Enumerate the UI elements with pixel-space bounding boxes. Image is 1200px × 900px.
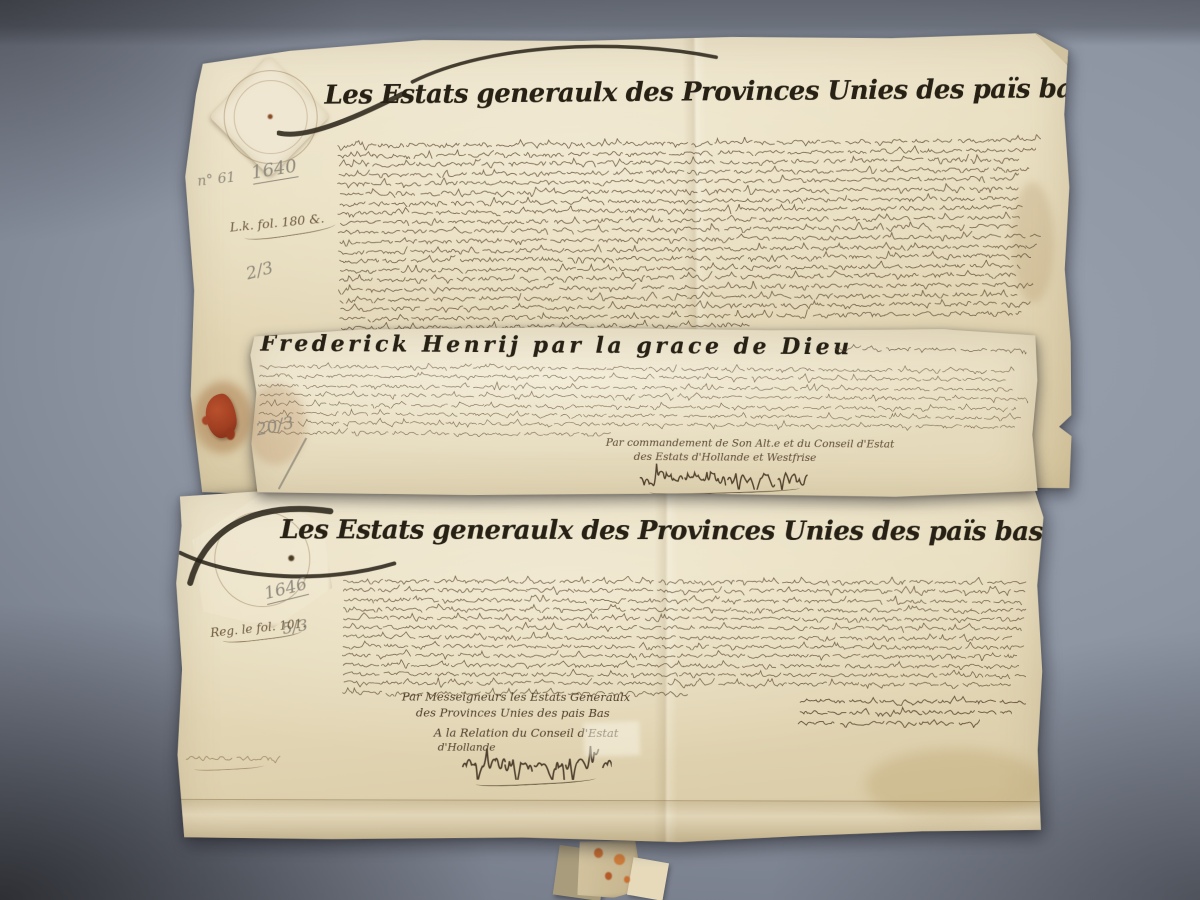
closing-line-2: des Estats d'Hollande et Westfrise <box>634 451 817 464</box>
parchment-document-bottom: Les Estats generaulx des Provinces Unies… <box>176 483 1045 843</box>
pencil-note-fraction: 2/3 <box>244 258 275 284</box>
manuscript-text-block <box>258 361 1029 441</box>
document-heading: Les Estats generaulx des Provinces Unies… <box>324 74 1087 111</box>
photo-of-parchment-documents: Les Estats generaulx des Provinces Unies… <box>0 0 1200 900</box>
document-heading: Frederick Henrij par la grace de Dieu <box>260 331 852 361</box>
wafer-seal-center-dot <box>268 114 273 119</box>
plica-fold-band <box>176 799 1044 844</box>
heading-line-continuation <box>832 342 1026 354</box>
parchment-surface: Frederick Henrij par la grace de Dieu Pa… <box>249 325 1038 500</box>
pencil-note-number: n° 61 <box>196 169 236 189</box>
pale-patch <box>583 721 640 757</box>
closing-line-1: Par Messeigneurs les Estats Generaulx <box>402 689 630 704</box>
faint-ink-note <box>184 751 286 763</box>
closing-line-2: des Provinces Unies des pais Bas <box>416 705 610 720</box>
seal-tag <box>550 836 680 900</box>
manuscript-text-block <box>337 134 1043 332</box>
parchment-surface: Les Estats generaulx des Provinces Unies… <box>176 483 1045 843</box>
clerk-annotation-line <box>798 694 1026 706</box>
clerk-annotation-block <box>798 694 1026 728</box>
clerk-annotation-line <box>798 705 1026 717</box>
parchment-document-middle: Frederick Henrij par la grace de Dieu Pa… <box>249 325 1038 500</box>
manuscript-text-block <box>342 575 1026 698</box>
wax-chip <box>226 428 235 440</box>
wax-remnant-spot <box>614 854 625 865</box>
seal-tag-piece-right <box>627 857 669 900</box>
wax-remnant-spot <box>624 876 630 883</box>
wax-remnant-spot <box>594 848 603 858</box>
wax-seal-remnant <box>198 388 248 452</box>
clerk-annotation-line <box>798 716 1026 728</box>
document-heading: Les Estats generaulx des Provinces Unies… <box>280 515 1042 547</box>
wax-chip <box>202 416 210 425</box>
dog-ear-fold <box>1034 32 1068 66</box>
wax-remnant-spot <box>605 872 612 880</box>
closing-line-1: Par commandement de Son Alt.e et du Cons… <box>606 437 895 451</box>
